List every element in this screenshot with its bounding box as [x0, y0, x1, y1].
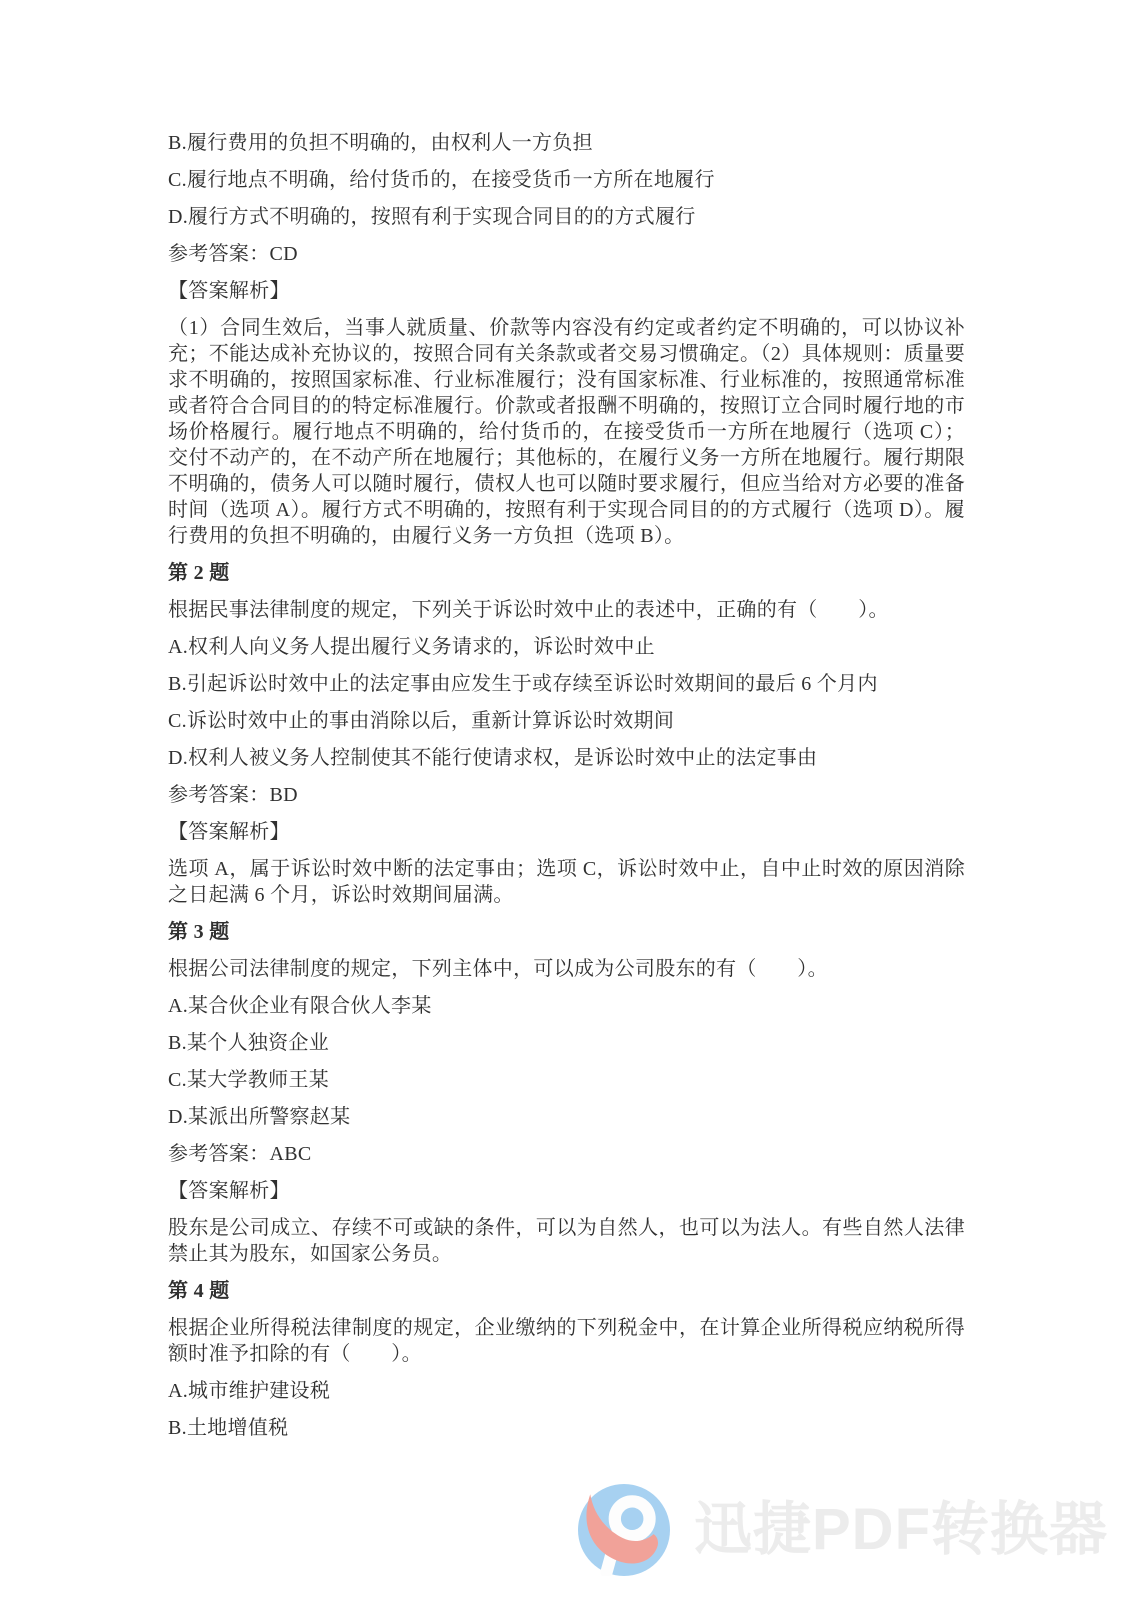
q2-option-b: B.引起诉讼时效中止的法定事由应发生于或存续至诉讼时效期间的最后 6 个月内 — [168, 671, 965, 697]
q1-option-d: D.履行方式不明确的，按照有利于实现合同目的的方式履行 — [168, 204, 965, 230]
q1-reference-answer: 参考答案：CD — [168, 241, 965, 267]
watermark-text: 迅捷PDF转换器 — [694, 1484, 1108, 1576]
q2-reference-answer: 参考答案：BD — [168, 782, 965, 808]
q4-stem: 根据企业所得税法律制度的规定，企业缴纳的下列税金中，在计算企业所得税应纳税所得额… — [168, 1315, 965, 1367]
q3-option-a: A.某合伙企业有限合伙人李某 — [168, 993, 965, 1019]
q1-analysis-label: 【答案解析】 — [168, 278, 965, 304]
q2-heading: 第 2 题 — [168, 560, 965, 586]
q2-option-d: D.权利人被义务人控制使其不能行使请求权，是诉讼时效中止的法定事由 — [168, 745, 965, 771]
q3-option-b: B.某个人独资企业 — [168, 1030, 965, 1056]
q3-heading: 第 3 题 — [168, 919, 965, 945]
q1-option-b: B.履行费用的负担不明确的，由权利人一方负担 — [168, 130, 965, 156]
pdf-converter-logo-icon — [578, 1484, 670, 1576]
q3-analysis-label: 【答案解析】 — [168, 1178, 965, 1204]
watermark: 迅捷PDF转换器 — [578, 1484, 1108, 1576]
q4-heading: 第 4 题 — [168, 1278, 965, 1304]
q2-analysis-label: 【答案解析】 — [168, 819, 965, 845]
q4-option-a: A.城市维护建设税 — [168, 1378, 965, 1404]
q3-stem: 根据公司法律制度的规定，下列主体中，可以成为公司股东的有（ ）。 — [168, 956, 965, 982]
q3-analysis-text: 股东是公司成立、存续不可或缺的条件，可以为自然人，也可以为法人。有些自然人法律禁… — [168, 1215, 965, 1267]
exam-document-content: B.履行费用的负担不明确的，由权利人一方负担 C.履行地点不明确，给付货币的，在… — [168, 130, 965, 1452]
q3-option-c: C.某大学教师王某 — [168, 1067, 965, 1093]
q2-option-c: C.诉讼时效中止的事由消除以后，重新计算诉讼时效期间 — [168, 708, 965, 734]
q4-option-b: B.土地增值税 — [168, 1415, 965, 1441]
q2-stem: 根据民事法律制度的规定，下列关于诉讼时效中止的表述中，正确的有（ ）。 — [168, 597, 965, 623]
q1-option-c: C.履行地点不明确，给付货币的，在接受货币一方所在地履行 — [168, 167, 965, 193]
q2-option-a: A.权利人向义务人提出履行义务请求的，诉讼时效中止 — [168, 634, 965, 660]
q3-option-d: D.某派出所警察赵某 — [168, 1104, 965, 1130]
q3-reference-answer: 参考答案：ABC — [168, 1141, 965, 1167]
q2-analysis-text: 选项 A，属于诉讼时效中断的法定事由；选项 C，诉讼时效中止，自中止时效的原因消… — [168, 856, 965, 908]
q1-analysis-text: （1）合同生效后，当事人就质量、价款等内容没有约定或者约定不明确的，可以协议补充… — [168, 315, 965, 549]
